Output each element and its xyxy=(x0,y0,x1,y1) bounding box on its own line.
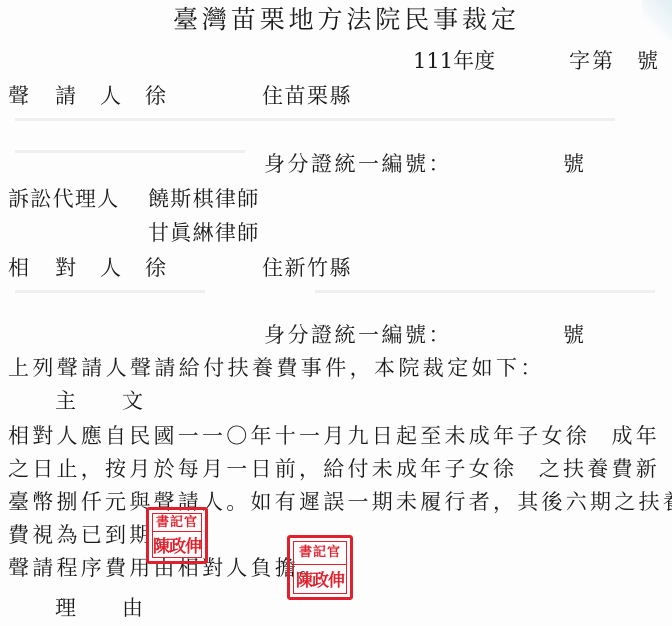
court-ruling-page: 臺灣苗栗地方法院民事裁定 111年度 字第 號 聲 請 人 徐 住苗栗縣 身分證… xyxy=(0,0,672,626)
petitioner-id-label: 身分證統一編號： xyxy=(264,152,452,176)
main-text-line: 臺幣捌仟元與聲請人。如有遲誤一期未履行者，其後六期之扶養 xyxy=(8,490,660,514)
main-text-left: 之日止，按月於每月一日前，給付未成年子女徐 xyxy=(8,457,517,481)
seal-name: 陳政伸 xyxy=(294,565,346,597)
case-type-suffix: 字第 xyxy=(569,49,615,73)
main-text-line: 相對人應自民國一一〇年十一月九日起至未成年子女徐 成年 xyxy=(8,424,660,448)
attorney-name: 饒斯棋律師 xyxy=(148,187,260,211)
main-text-line: 之日止，按月於每月一日前，給付未成年子女徐 之扶養費新 xyxy=(8,457,660,481)
ruling-intro: 上列聲請人聲請給付扶養費事件，本院裁定如下： xyxy=(8,356,545,380)
main-text-right: 成年 xyxy=(612,424,661,448)
respondent-id-label: 身分證統一編號： xyxy=(264,323,452,347)
scan-ghost-line xyxy=(15,290,205,293)
reason-heading-char: 由 xyxy=(122,596,143,620)
seal-name: 陳政伸 xyxy=(153,532,201,562)
petitioner-label-char: 請 xyxy=(55,84,76,108)
petitioner-label-char: 人 xyxy=(100,84,121,108)
attorneys-label: 訴訟代理人 xyxy=(8,187,120,211)
respondent-address: 住新竹縣 xyxy=(262,256,352,280)
document-title: 臺灣苗栗地方法院民事裁定 xyxy=(173,5,520,35)
respondent-label-char: 對 xyxy=(55,256,76,280)
scan-ghost-line xyxy=(315,290,655,293)
clerk-seal: 書記官 陳政伸 xyxy=(146,507,208,564)
main-text-right: 之扶養費新 xyxy=(539,457,660,481)
main-text-left: 相對人應自民國一一〇年十一月九日起至未成年子女徐 xyxy=(8,424,590,448)
respondent-label-char: 相 xyxy=(8,256,29,280)
seal-title: 書記官 xyxy=(153,514,201,532)
respondent-id-suffix: 號 xyxy=(563,323,584,347)
scan-ghost-line xyxy=(15,150,245,153)
seal-title: 書記官 xyxy=(294,542,346,565)
main-text-left: 臺幣捌仟元與聲請人。如有遲誤一期未履行者，其後六期之扶養 xyxy=(8,490,672,514)
petitioner-address: 住苗栗縣 xyxy=(262,84,352,108)
main-heading-char: 主 xyxy=(55,389,76,413)
respondent-name: 徐 xyxy=(145,256,166,280)
case-number-suffix: 號 xyxy=(637,49,658,73)
reason-heading-char: 理 xyxy=(55,596,76,620)
petitioner-name: 徐 xyxy=(145,84,166,108)
respondent-label-char: 人 xyxy=(100,256,121,280)
scan-corner-tint xyxy=(642,0,672,40)
case-year: 111年度 xyxy=(413,49,495,73)
petitioner-label-char: 聲 xyxy=(8,84,29,108)
petitioner-id-suffix: 號 xyxy=(563,152,584,176)
scan-ghost-line xyxy=(15,118,615,121)
clerk-seal: 書記官 陳政伸 xyxy=(287,535,353,600)
attorney-name: 甘眞綝律師 xyxy=(148,221,260,245)
main-heading-char: 文 xyxy=(122,389,143,413)
